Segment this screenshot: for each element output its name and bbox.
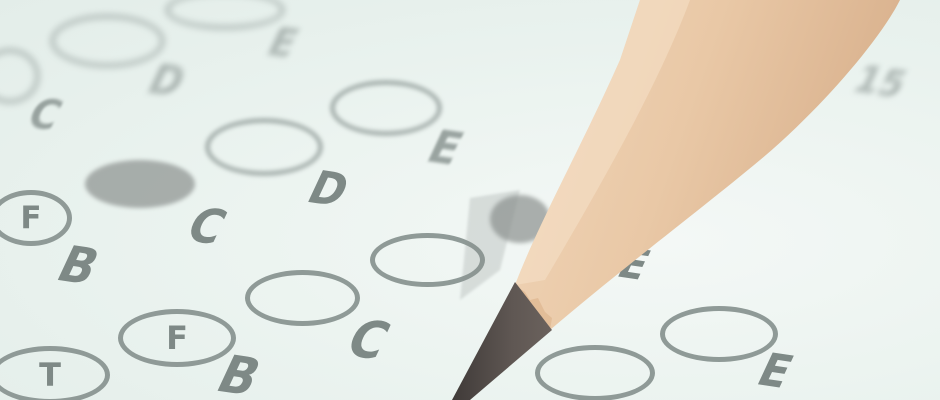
pencil-icon: [0, 0, 940, 400]
photo-scene: FFTDECEDCBCBEE15: [0, 0, 940, 400]
